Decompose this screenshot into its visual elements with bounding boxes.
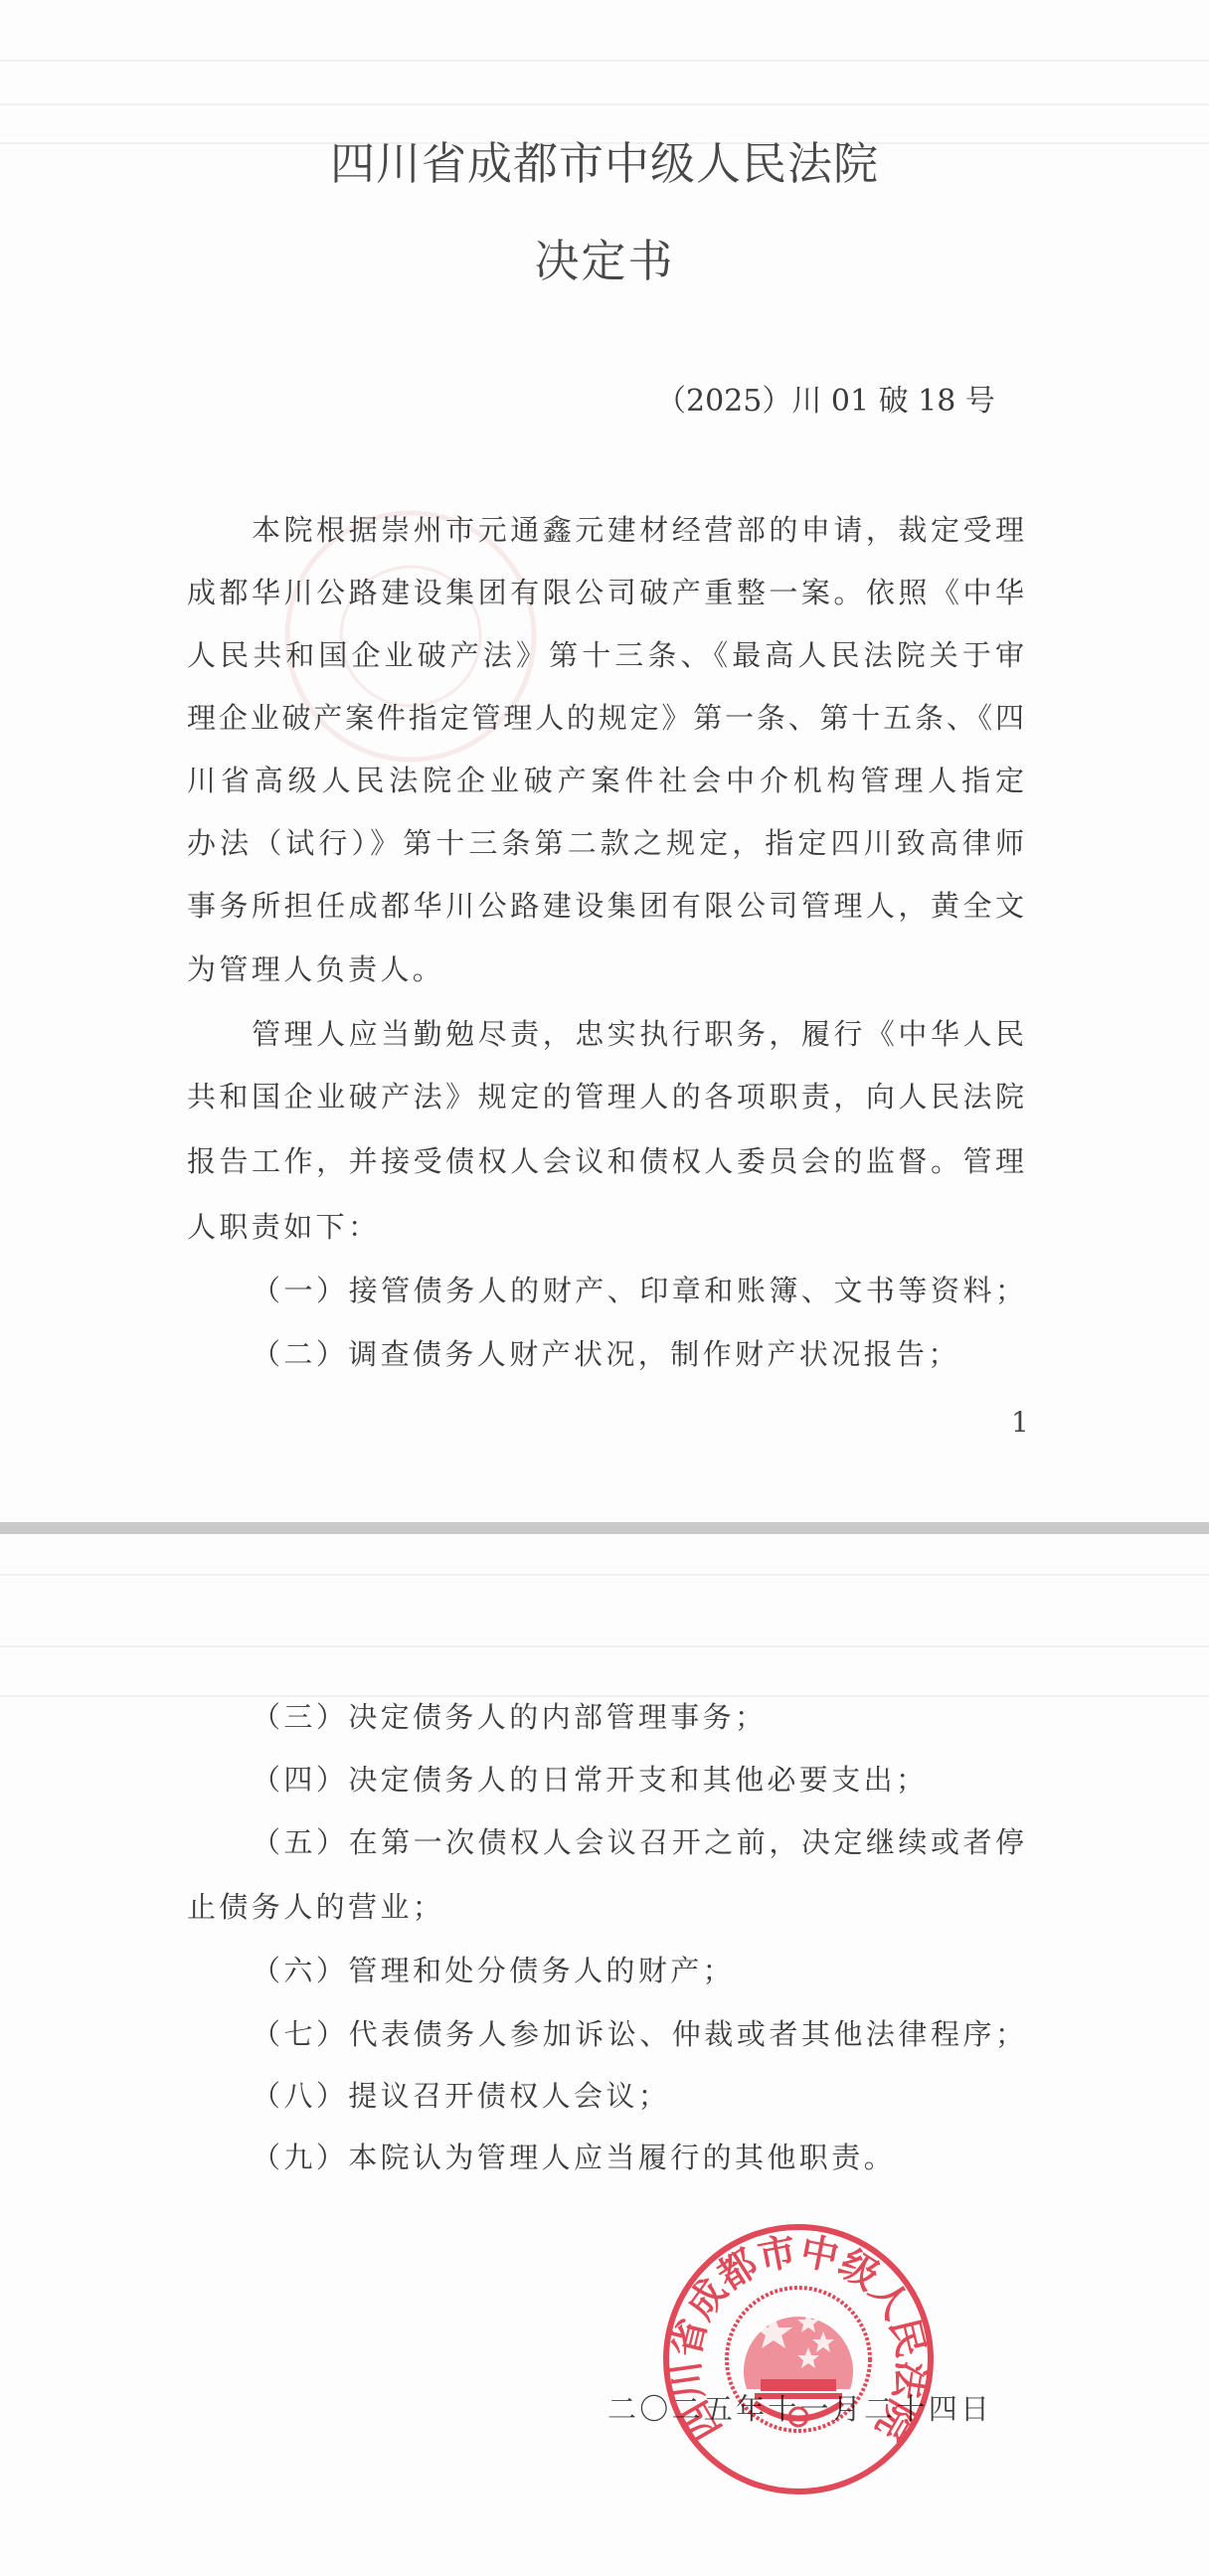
body-text-line: 成都华川公路建设集团有限公司破产重整一案。依照《中华	[187, 573, 1024, 612]
body-text-line: （八）提议召开债权人会议；	[252, 2076, 670, 2116]
body-text-line: 人民共和国企业破产法》第十三条、《最高人民法院关于审	[187, 635, 1024, 675]
document-page-1: 四川省成都市中级人民法院 决定书 （2025）川 01 破 18 号 本院根据崇…	[0, 0, 1209, 1522]
scan-artifact	[0, 60, 1209, 62]
body-text-line: 理企业破产案件指定管理人的规定》第一条、第十五条、《四	[187, 698, 1024, 738]
page-number: 1	[1011, 1406, 1029, 1440]
body-text-line: 共和国企业破产法》规定的管理人的各项职责，向人民法院	[187, 1077, 1024, 1116]
body-text-line: （一）接管债务人的财产、印章和账簿、文书等资料；	[252, 1271, 1024, 1310]
national-emblem-icon	[727, 2288, 870, 2431]
body-text-line: （四）决定债务人的日常开支和其他必要支出；	[252, 1760, 928, 1800]
body-text-line: 管理人应当勤勉尽责，忠实执行职务，履行《中华人民	[252, 1014, 1024, 1054]
body-text-line: （九）本院认为管理人应当履行的其他职责。	[252, 2138, 896, 2177]
body-text-line: （二）调查债务人财产状况，制作财产状况报告；	[252, 1334, 960, 1374]
scan-artifact	[0, 1574, 1209, 1576]
body-text-line: 事务所担任成都华川公路建设集团有限公司管理人，黄全文	[187, 886, 1024, 926]
scan-artifact	[0, 103, 1209, 105]
body-text-line: 人职责如下：	[187, 1207, 380, 1247]
body-text-line: 为管理人负责人。	[187, 949, 444, 989]
document-page-2	[0, 1534, 1209, 2576]
page-separator	[0, 1522, 1209, 1534]
body-text-line: 办法（试行）》第十三条第二款之规定，指定四川致高律师	[187, 823, 1024, 863]
body-text-line: 川省高级人民法院企业破产案件社会中介机构管理人指定	[187, 761, 1024, 800]
body-text-line: （五）在第一次债权人会议召开之前，决定继续或者停	[252, 1822, 1024, 1862]
body-text-line: 本院根据崇州市元通鑫元建材经营部的申请，裁定受理	[252, 510, 1024, 550]
body-text-line: （七）代表债务人参加诉讼、仲裁或者其他法律程序；	[252, 2014, 1024, 2054]
body-text-line: 止债务人的营业；	[187, 1887, 444, 1927]
body-text-line: （三）决定债务人的内部管理事务；	[252, 1697, 767, 1737]
case-number: （2025）川 01 破 18 号	[656, 384, 964, 420]
scan-artifact	[0, 1645, 1209, 1647]
document-type-title: 决定书	[0, 237, 1209, 286]
body-text-line: 报告工作，并接受债权人会议和债权人委员会的监督。管理	[187, 1141, 1024, 1181]
court-title: 四川省成都市中级人民法院	[0, 139, 1209, 189]
body-text-line: （六）管理和处分债务人的财产；	[252, 1951, 735, 1990]
court-seal-stamp: 四川省成都市中级人民法院	[659, 2220, 938, 2498]
